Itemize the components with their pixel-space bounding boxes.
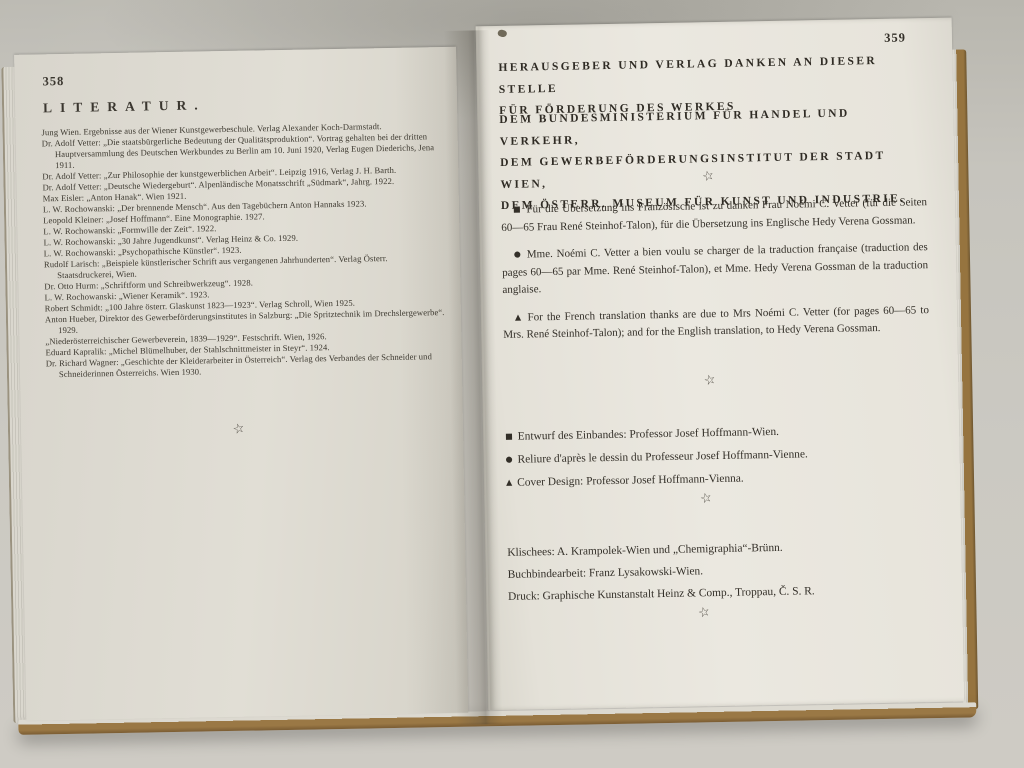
translation-paragraph-english: ▲For the French translation thanks are d… [503, 302, 930, 345]
paragraph-text: For the French translation thanks are du… [503, 304, 929, 341]
translation-paragraph-french: ●Mme. Noémi C. Vetter a bien voulu se ch… [502, 239, 929, 299]
page-number-left: 358 [42, 74, 64, 89]
line-text: Entwurf des Einbandes: Professor Josef H… [518, 426, 779, 443]
square-bullet-icon: ■ [513, 205, 522, 214]
line-text: Cover Design: Professor Josef Hoffmann-V… [517, 473, 744, 489]
colophon: Klischees: A. Krampolek-Wien und „Chemig… [507, 534, 934, 608]
triangle-bullet-icon: ▲ [515, 312, 523, 321]
bibliography-list: Jung Wien. Ergebnisse aus der Wiener Kun… [41, 120, 448, 380]
circle-bullet-icon: ● [514, 250, 522, 259]
star-ornament: ☆ [703, 373, 718, 389]
paragraph-text: Für die Übersetzung ins Französische ist… [501, 196, 927, 233]
paragraph-text: Mme. Noémi C. Vetter a bien voulu se cha… [502, 241, 928, 296]
star-ornament: ☆ [697, 605, 712, 621]
literature-heading: LITERATUR. [43, 97, 206, 116]
translation-credits: ■Für die Übersetzung ins Französische is… [501, 194, 930, 354]
line-text: Reliure d'après le dessin du Professeur … [517, 448, 807, 465]
open-book: 358 LITERATUR. Jung Wien. Ergebnisse aus… [0, 3, 1003, 741]
left-page: 358 LITERATUR. Jung Wien. Ergebnisse aus… [14, 47, 468, 721]
star-ornament: ☆ [232, 422, 247, 438]
photo-background: 358 LITERATUR. Jung Wien. Ergebnisse aus… [0, 0, 1024, 768]
circle-bullet-icon: ● [506, 455, 513, 464]
page-number-right: 359 [884, 31, 906, 46]
star-ornament: ☆ [699, 491, 714, 507]
right-page: 359 HERAUSGEBER UND VERLAG DANKEN AN DIE… [476, 18, 964, 711]
triangle-bullet-icon: ▲ [506, 478, 512, 487]
square-bullet-icon: ■ [505, 432, 513, 441]
cover-design-credits: ■Entwurf des Einbandes: Professor Josef … [505, 418, 932, 495]
translation-paragraph-german: ■Für die Übersetzung ins Französische is… [501, 194, 928, 237]
